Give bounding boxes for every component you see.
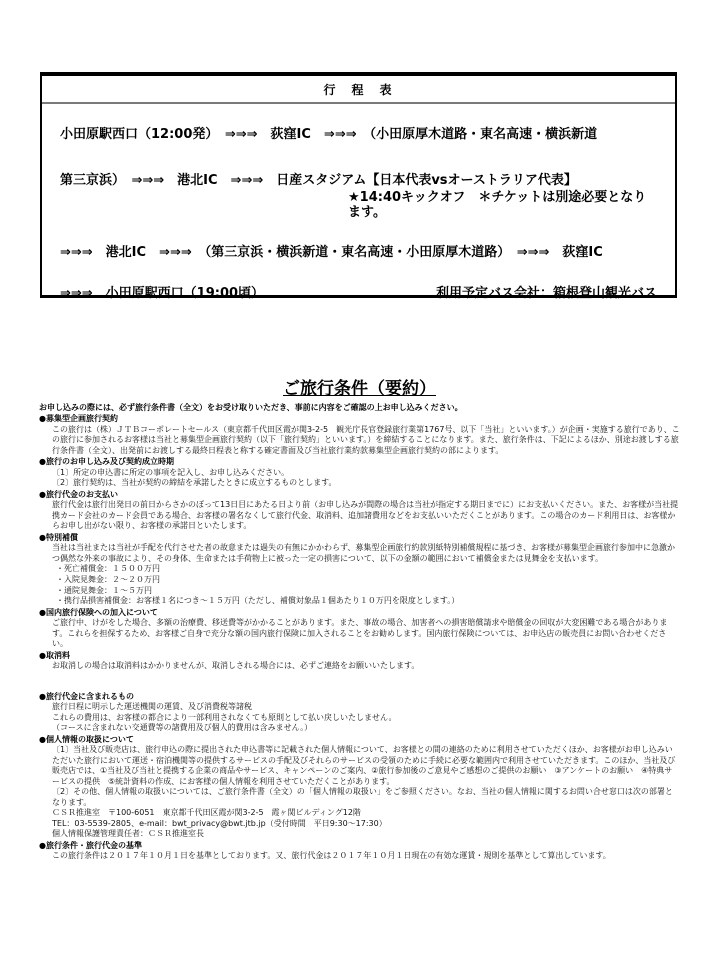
itinerary-body: 小田原駅西口（12:00発） ⇒⇒⇒ 荻窪IC ⇒⇒⇒ （小田原厚木道路・東名高… [42, 128, 675, 302]
section-heading-compensation: ●特別補償 [39, 533, 680, 543]
itinerary-line-3: ⇒⇒⇒ 港北IC ⇒⇒⇒ （第三京浜・横浜新道・東名高速・小田原厚木道路） ⇒⇒… [60, 246, 657, 261]
section-text: （コースに含まれない交通費等の諸費用及び個人的費用は含みません。） [39, 723, 680, 734]
section-text: 旅行代金は旅行出発日の前日からさかのぼって13日目にあたる日より前（お申し込みが… [39, 500, 680, 532]
section-text: ご旅行中、けがをした場合、多額の治療費、移送費等がかかることがあります。また、事… [39, 618, 680, 650]
section-heading-contract: ●募集型企画旅行契約 [39, 414, 680, 424]
section-text: 旅行日程に明示した運送機関の運賃、及び消費税等諸税 [39, 702, 680, 713]
contact-tel-email: TEL：03-5539-2805、e-mail：bwt_privacy@bwt.… [39, 819, 680, 830]
section-heading-basis: ●旅行条件・旅行代金の基準 [39, 841, 680, 851]
section-text: これらの費用は、お客様の都合により一部利用されなくても原則として払い戻しいたしま… [39, 713, 680, 724]
contact-manager: 個人情報保護管理責任者：ＣＳＲ推進室長 [39, 829, 680, 840]
compensation-item-outpatient: ・通院見舞金：１～５万円 [39, 586, 680, 597]
itinerary-title: 行 程 表 [42, 76, 675, 104]
compensation-item-baggage: ・携行品損害補償金：お客様１名につき～１５万円（ただし、補償対象品１個あたり１０… [39, 596, 680, 607]
compensation-item-death: ・死亡補償金：１５００万円 [39, 564, 680, 575]
travel-conditions: ご旅行条件（要約） お申し込みの際には、必ず旅行条件書（全文）をお受け取りいただ… [39, 374, 680, 862]
section-heading-personal-info: ●個人情報の取扱について [39, 735, 680, 745]
itinerary-box: 行 程 表 小田原駅西口（12:00発） ⇒⇒⇒ 荻窪IC ⇒⇒⇒ （小田原厚木… [40, 72, 677, 298]
itinerary-line-4: ⇒⇒⇒ 小田原駅西口（19:00頃） 利用予定バス会社：箱根登山観光バス [60, 287, 657, 302]
section-heading-included: ●旅行代金に含まれるもの [39, 692, 680, 702]
section-heading-application: ●旅行のお申し込み及び契約成立時期 [39, 457, 680, 467]
contact-address: ＣＳＲ推進室 〒100-6051 東京都千代田区霞が関3-2-5 霞ヶ関ビルディ… [39, 808, 680, 819]
section-text: 〔2〕その他、個人情報の取扱いについては、ご旅行条件書（全文）の「個人情報の取扱… [39, 787, 680, 808]
section-text: 〔1〕当社及び販売店は、旅行申込の際に提出された申込書等に記載された個人情報につ… [39, 745, 680, 787]
compensation-item-hospitalization: ・入院見舞金：２～２０万円 [39, 575, 680, 586]
conditions-title: ご旅行条件（要約） [39, 374, 680, 399]
section-heading-payment: ●旅行代金のお支払い [39, 490, 680, 500]
section-text: お取消しの場合は取消料はかかりませんが、取消しされる場合には、必ずご連絡をお願い… [39, 661, 680, 672]
itinerary-line-2: 第三京浜） ⇒⇒⇒ 港北IC ⇒⇒⇒ 日産スタジアム【日本代表vsオーストラリア… [60, 174, 657, 189]
section-heading-cancellation: ●取消料 [39, 651, 680, 661]
section-text: この旅行は（株）ＪＴＢコーポレートセールス（東京都千代田区霞が関3-2-5 観光… [39, 425, 680, 457]
conditions-intro: お申し込みの際には、必ず旅行条件書（全文）をお受け取りいただき、事前に内容をご確… [39, 403, 680, 413]
section-text: 〔2〕旅行契約は、当社が契約の締結を承諾したときに成立するものとします。 [39, 478, 680, 489]
bus-company-label: 利用予定バス会社：箱根登山観光バス [436, 287, 657, 302]
section-text: この旅行条件は２０１７年１０月１日を基準としております。又、旅行代金は２０１７年… [39, 851, 680, 862]
section-heading-insurance: ●国内旅行保険への加入について [39, 608, 680, 618]
section-text: 当社は当社または当社が手配を代行させた者の故意または過失の有無にかかわらず、募集… [39, 543, 680, 564]
itinerary-line-1: 小田原駅西口（12:00発） ⇒⇒⇒ 荻窪IC ⇒⇒⇒ （小田原厚木道路・東名高… [60, 128, 657, 143]
itinerary-line-4-route: ⇒⇒⇒ 小田原駅西口（19:00頃） [60, 287, 264, 302]
itinerary-kickoff-note: ★14:40キックオフ ＊チケットは別途必要となります。 [60, 191, 657, 221]
section-text: 〔1〕所定の申込書に所定の事項を記入し、お申し込みください。 [39, 468, 680, 479]
